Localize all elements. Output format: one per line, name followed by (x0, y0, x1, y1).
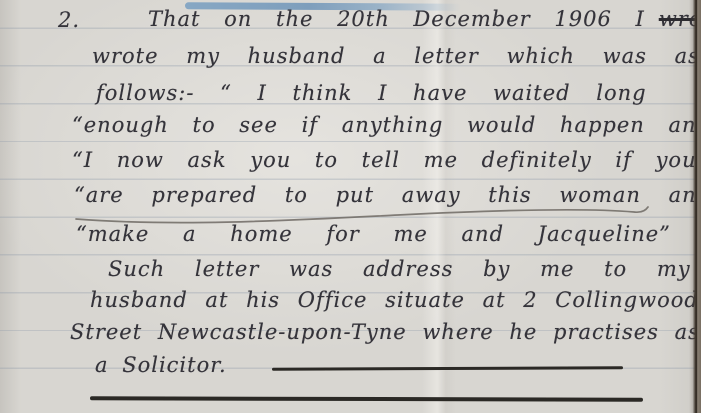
manuscript-line: Street Newcastle-upon-Tyne where he prac… (70, 319, 700, 345)
page-edge-shadow (689, 0, 701, 413)
manuscript-line: wrote my husband a letter which was as (92, 43, 700, 69)
manuscript-line: “make a home for me and Jacqueline” (76, 221, 671, 247)
manuscript-line: That on the 20th December 1906 Iwrote (148, 6, 701, 32)
paragraph-number: 2. (58, 7, 80, 33)
manuscript-line: follows:- “ I think I have waited long (96, 80, 647, 106)
manuscript-page: 2. That on the 20th December 1906 Iwrote… (0, 0, 701, 413)
manuscript-line: Such letter was address by me to my (108, 256, 691, 282)
manuscript-line: husband at his Office situate at 2 Colli… (90, 287, 699, 313)
ink-rule-long (90, 396, 643, 401)
manuscript-line: a Solicitor. (95, 352, 227, 378)
manuscript-line: “I now ask you to tell me definitely if … (72, 147, 697, 173)
ink-rule-short (272, 366, 623, 371)
manuscript-line: “enough to see if anything would happen … (72, 112, 701, 138)
line-text: That on the 20th December 1906 I (148, 7, 645, 31)
manuscript-line: “are prepared to put away this woman and (74, 182, 701, 208)
